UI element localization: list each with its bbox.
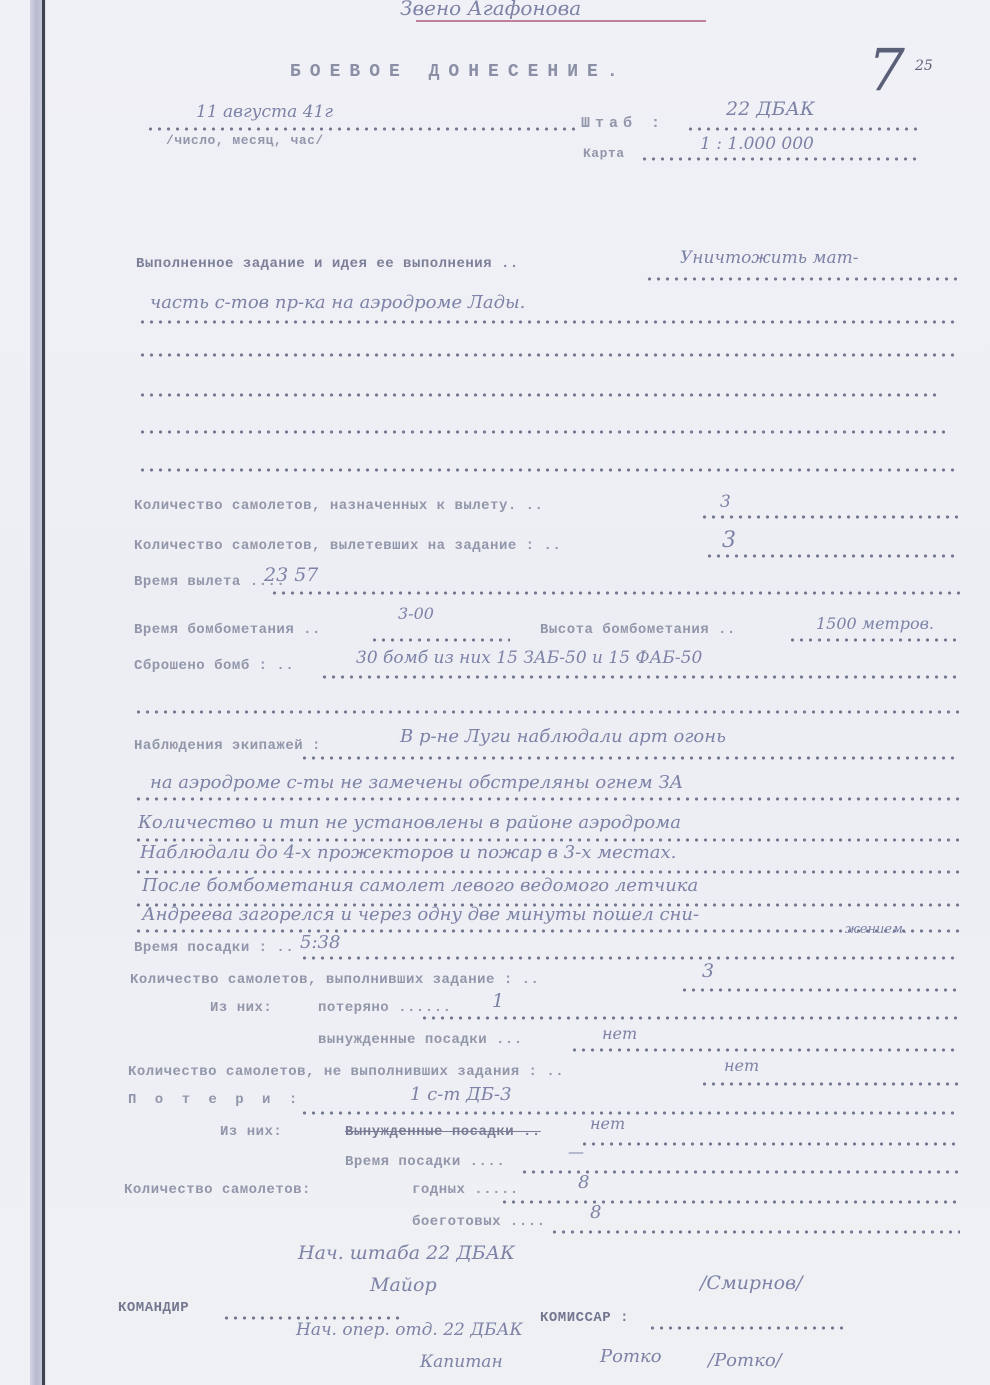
landing-time-label: Время посадки : .. — [134, 940, 294, 956]
chief-of-staff-line: Нач. штаба 22 ДБАК — [298, 1242, 515, 1264]
obs-dots-5 — [134, 929, 960, 933]
bombs-value: 30 бомб из них 15 ЗАБ-50 и 15 ФАБ-50 — [356, 648, 702, 668]
bombing-time-label: Время бомбометания .. — [134, 622, 321, 638]
blank-dots-1 — [138, 353, 956, 357]
losses-label: П о т е р и : — [128, 1092, 302, 1108]
date-caption: /число, месяц, час/ — [166, 133, 324, 148]
not-completed-value: нет — [724, 1056, 759, 1075]
header-handwritten: Звено Агафонова — [400, 0, 581, 20]
serviceable-value: 8 — [578, 1172, 589, 1193]
ops-signature: Ротко — [600, 1346, 662, 1367]
ops-rank: Капитан — [420, 1352, 503, 1372]
chief-rank: Майор — [370, 1274, 437, 1296]
bombing-alt-label: Высота бомбометания .. — [540, 622, 736, 638]
blank-dots-2 — [138, 393, 938, 397]
serviceable-dots — [500, 1200, 960, 1204]
completed-value: 3 — [702, 960, 714, 982]
folio-sub: 25 — [915, 58, 933, 74]
combat-ready-dots — [550, 1230, 960, 1234]
forced2-value: нет — [590, 1114, 625, 1133]
folio-number: 7 — [868, 36, 905, 104]
obs-dots-0 — [300, 756, 960, 760]
completed-label: Количество самолетов, выполнивших задани… — [130, 972, 539, 988]
forced2-label: Вынужденные посадки .. — [345, 1124, 541, 1140]
serviceable-label: годных ..... — [412, 1182, 519, 1198]
task-dots-1 — [645, 277, 957, 281]
bombing-time-dots — [370, 638, 510, 642]
not-completed-dots — [700, 1082, 960, 1086]
map-value: 1 : 1.000 000 — [700, 134, 814, 154]
staff-label: Штаб : — [581, 115, 665, 132]
takeoff-dots — [270, 591, 960, 595]
combat-ready-label: боеготовых .... — [412, 1214, 546, 1230]
binding-line — [42, 0, 45, 1385]
landing-time2-value: — — [568, 1142, 584, 1161]
date-dots — [146, 127, 578, 131]
forced2-dots — [580, 1142, 960, 1146]
bombs-dots — [320, 675, 960, 679]
aircraft-count-label: Количество самолетов: — [124, 1182, 311, 1198]
takeoff-label: Время вылета .... — [134, 574, 285, 590]
observation-line: После бомбометания самолет левого ведомо… — [142, 875, 698, 896]
observation-line: Наблюдали до 4-х прожекторов и пожар в 3… — [140, 842, 676, 863]
header-underline — [416, 20, 706, 22]
lost-dots — [420, 1016, 960, 1020]
forced-label: вынужденные посадки ... — [318, 1032, 523, 1048]
map-label: Карта — [583, 146, 625, 161]
commissar-dots — [648, 1326, 848, 1330]
commissar-label: КОМИССАР : — [540, 1310, 629, 1326]
bombing-alt-value: 1500 метров. — [816, 614, 934, 633]
losses-dots — [300, 1111, 960, 1115]
observation-line: на аэродроме с-ты не замечены обстреляны… — [150, 772, 683, 793]
task-dots-2 — [138, 320, 960, 324]
bombing-alt-dots — [788, 638, 958, 642]
observations-label: Наблюдения экипажей : — [134, 738, 321, 754]
forced-value: нет — [602, 1024, 637, 1043]
ops-line: Нач. опер. отд. 22 ДБАК — [296, 1320, 523, 1340]
commander-label: КОМАНДИР — [118, 1300, 189, 1316]
completed-dots — [680, 988, 960, 992]
takeoff-value: 23 57 — [264, 564, 318, 586]
observation-line: Андреева загорелся и через одну две мину… — [142, 904, 699, 925]
observation-line: В р-не Луги наблюдали арт огонь — [400, 726, 726, 747]
assigned-dots — [700, 515, 958, 519]
observation-line: Количество и тип не установлены в районе… — [138, 812, 681, 833]
of-them2-label: Из них: — [220, 1124, 282, 1140]
date-value: 11 августа 41г — [196, 102, 333, 122]
assigned-label: Количество самолетов, назначенных к выле… — [134, 498, 543, 514]
losses-value: 1 с-т ДБ-3 — [410, 1084, 512, 1105]
staff-value: 22 ДБАК — [726, 98, 815, 120]
document-page: Звено Агафонова 7 25 БОЕВОЕ ДОНЕСЕНИЕ. 1… — [0, 0, 990, 1385]
flown-dots — [705, 554, 960, 558]
task-line-1: Уничтожить мат- — [680, 248, 859, 268]
flown-label: Количество самолетов, вылетевших на зада… — [134, 538, 561, 554]
blank-dots-4 — [138, 468, 956, 472]
bombs-label: Сброшено бомб : .. — [134, 658, 294, 674]
obs-dots-1 — [134, 797, 960, 801]
assigned-value: 3 — [720, 492, 731, 512]
map-dots — [640, 157, 918, 161]
blank-dots-3 — [138, 430, 948, 434]
forced-dots — [570, 1048, 960, 1052]
lost-value: 1 — [492, 990, 504, 1012]
landing-time-value: 5:38 — [300, 932, 340, 953]
bombs-dots-2 — [134, 710, 960, 714]
bombing-time-value: 3-00 — [398, 604, 434, 623]
task-label: Выполненное задание и идея ее выполнения… — [136, 256, 519, 272]
flown-value: 3 — [722, 528, 736, 553]
obs-dots-3 — [134, 870, 960, 874]
of-them-label: Из них: — [210, 1000, 272, 1016]
task-line-2: часть с-тов пр-ка на аэродроме Лады. — [150, 292, 525, 313]
combat-ready-value: 8 — [590, 1202, 601, 1223]
ops-name: /Ротко/ — [708, 1350, 782, 1371]
landing-time2-label: Время посадки .... — [345, 1154, 505, 1170]
chief-name: /Смирнов/ — [700, 1272, 803, 1294]
landing-time-dots — [300, 956, 960, 960]
document-title: БОЕВОЕ ДОНЕСЕНИЕ. — [290, 62, 627, 82]
observation-line: жением. — [845, 922, 907, 937]
not-completed-label: Количество самолетов, не выполнивших зад… — [128, 1064, 564, 1080]
lost-label: потеряно ...... — [318, 1000, 452, 1016]
staff-dots — [686, 127, 918, 131]
